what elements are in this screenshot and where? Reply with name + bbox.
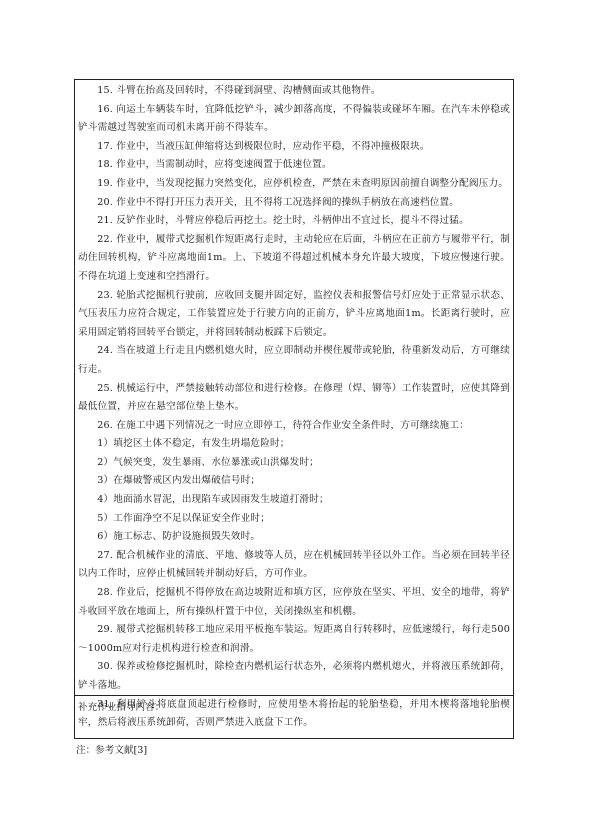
- item-29: 29. 履带式挖掘机转移工地应采用平板拖车装运。短距离自行转移时，应低速缓行，每…: [78, 621, 510, 658]
- item-26-sub-4: 4）地面涌水冒泥，出现陷车或因雨发生坡道打滑时；: [78, 491, 510, 510]
- item-21: 21. 反铲作业时，斗臂应停稳后再挖土。挖土时，斗柄伸出不宜过长，提斗不得过猛。: [78, 212, 510, 231]
- item-18: 18. 作业中，当需制动时，应将变速阀置于低速位置。: [78, 156, 510, 175]
- item-17: 17. 作业中，当液压缸伸缩将达到极限位时，应动作平稳，不得冲撞极限块。: [78, 138, 510, 157]
- item-24: 24. 当在坡道上行走且内燃机熄火时，应立即制动并楔住履带或轮胎，待重新发动后，…: [78, 342, 510, 379]
- item-27: 27. 配合机械作业的清底、平地、修坡等人员，应在机械回转半径以外工作。当必须在…: [78, 547, 510, 584]
- item-20: 20. 作业中不得打开压力表开关，且不得将工况选择阀的操纵手柄放在高速档位置。: [78, 194, 510, 213]
- item-30: 30. 保养或检修挖掘机时，除检查内燃机运行状态外，必须将内燃机熄火，并将液压系…: [78, 658, 510, 695]
- item-23: 23. 轮胎式挖掘机行驶前，应收回支腿并固定好，监控仪表和报警信号灯应处于正常显…: [78, 287, 510, 343]
- item-26-sub-1: 1）填挖区土体不稳定，有发生坍塌危险时；: [78, 435, 510, 454]
- item-26-sub-5: 5）工作面净空不足以保证安全作业时；: [78, 510, 510, 529]
- item-16: 16. 向运土车辆装车时，宜降低挖铲斗，减少卸落高度，不得偏装或碰坏车厢。在汽车…: [78, 101, 510, 138]
- guidance-table: 15. 斗臂在抬高及回转时，不得碰到洞壁、沟槽侧面或其他物件。 16. 向运土车…: [74, 79, 514, 739]
- guidance-content: 15. 斗臂在抬高及回转时，不得碰到洞壁、沟槽侧面或其他物件。 16. 向运土车…: [75, 80, 513, 696]
- item-26: 26. 在施工中遇下列情况之一时应立即停工，待符合作业安全条件时，方可继续施工：: [78, 417, 510, 436]
- item-28: 28. 作业后，挖掘机不得停放在高边坡附近和填方区，应停放在坚实、平坦、安全的地…: [78, 584, 510, 621]
- item-26-sub-6: 6）施工标志、防护设施损毁失效时。: [78, 528, 510, 547]
- item-15: 15. 斗臂在抬高及回转时，不得碰到洞壁、沟槽侧面或其他物件。: [78, 82, 510, 101]
- reference-note: 注：参考文献[3]: [76, 743, 147, 759]
- item-19: 19. 作业中，当发现挖掘力突然变化，应停机检查，严禁在未查明原因前擅自调整分配…: [78, 175, 510, 194]
- item-25: 25. 机械运行中，严禁接触转动部位和进行检修。在修理（焊、铆等）工作装置时，应…: [78, 380, 510, 417]
- item-22: 22. 作业中，履带式挖掘机作短距离行走时，主动轮应在后面，斗柄应在正前方与履带…: [78, 231, 510, 287]
- item-26-sub-3: 3）在爆破警戒区内发出爆破信号时；: [78, 472, 510, 491]
- supplement-label: 补充作业指导内容：: [78, 700, 164, 716]
- item-26-sub-2: 2）气候突变，发生暴雨、水位暴涨或山洪爆发时；: [78, 454, 510, 473]
